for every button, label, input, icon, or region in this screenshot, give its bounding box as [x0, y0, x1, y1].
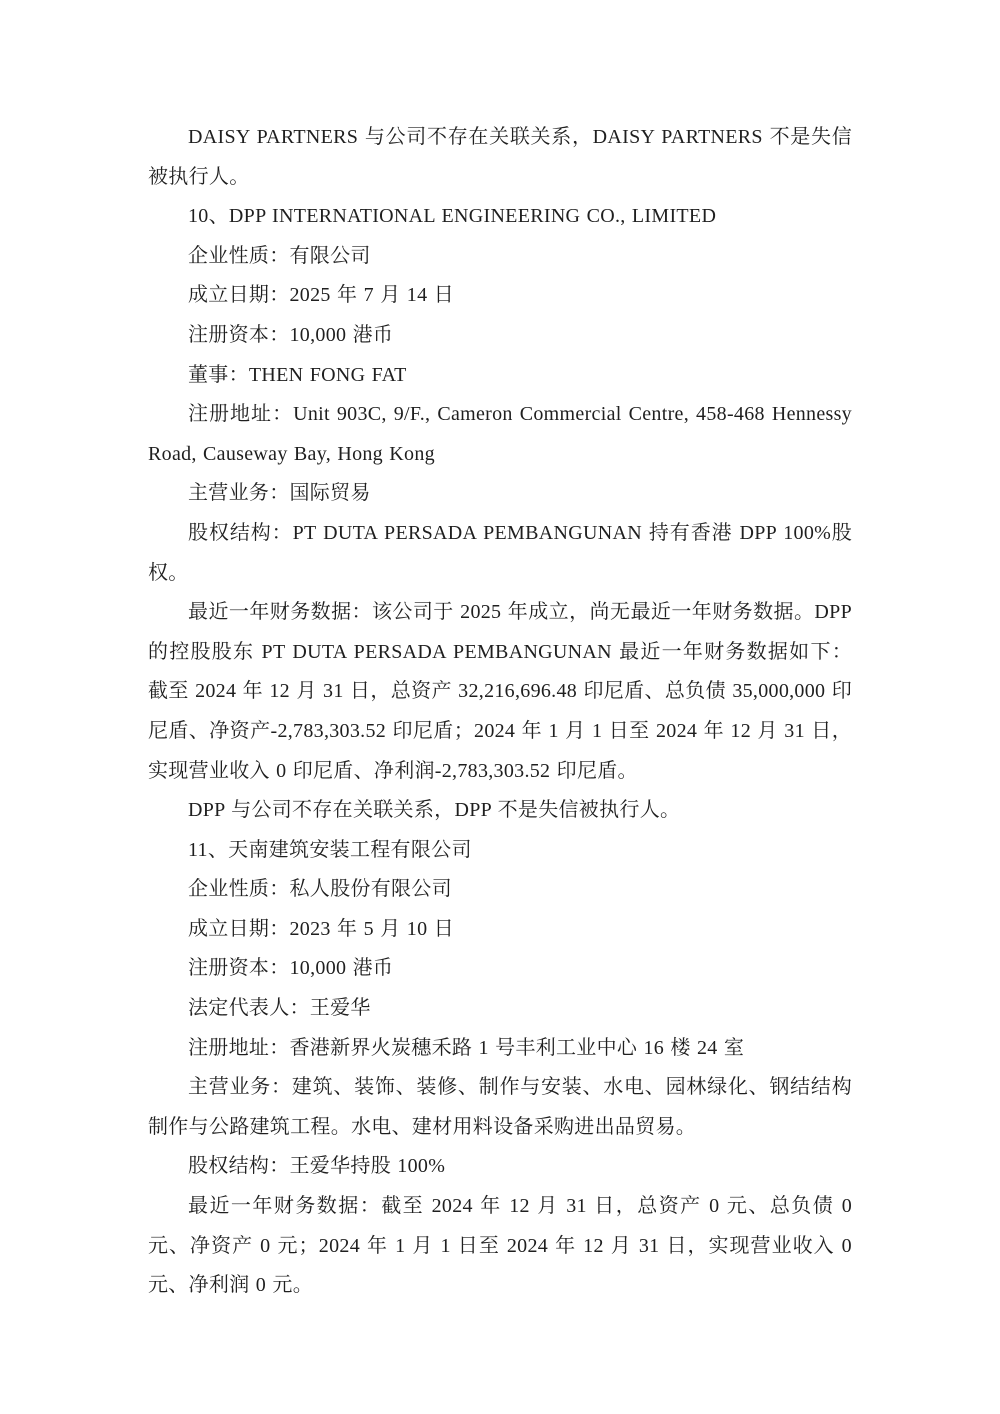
paragraph-tiannan-financial-data: 最近一年财务数据：截至 2024 年 12 月 31 日，总资产 0 元、总负债…	[148, 1187, 852, 1306]
paragraph-dpp-no-relation: DPP 与公司不存在关联关系，DPP 不是失信被执行人。	[148, 791, 852, 831]
field-dpp-establish-date: 成立日期：2025 年 7 月 14 日	[148, 276, 852, 316]
field-tiannan-registered-address: 注册地址：香港新界火炭穗禾路 1 号丰利工业中心 16 楼 24 室	[148, 1029, 852, 1069]
field-dpp-equity-structure: 股权结构：PT DUTA PERSADA PEMBANGUNAN 持有香港 DP…	[148, 514, 852, 593]
heading-item-10-dpp-company: 10、DPP INTERNATIONAL ENGINEERING CO., LI…	[148, 197, 852, 237]
field-tiannan-establish-date: 成立日期：2023 年 5 月 10 日	[148, 910, 852, 950]
field-dpp-director: 董事：THEN FONG FAT	[148, 356, 852, 396]
field-tiannan-main-business: 主营业务：建筑、装饰、装修、制作与安装、水电、园林绿化、钢结结构制作与公路建筑工…	[148, 1068, 852, 1147]
field-dpp-registered-address: 注册地址：Unit 903C, 9/F., Cameron Commercial…	[148, 395, 852, 474]
field-dpp-main-business: 主营业务：国际贸易	[148, 474, 852, 514]
field-tiannan-legal-representative: 法定代表人：王爱华	[148, 989, 852, 1029]
document-page: DAISY PARTNERS 与公司不存在关联关系，DAISY PARTNERS…	[0, 0, 1000, 1414]
field-tiannan-enterprise-nature: 企业性质：私人股份有限公司	[148, 870, 852, 910]
field-dpp-registered-capital: 注册资本：10,000 港币	[148, 316, 852, 356]
paragraph-daisy-no-relation: DAISY PARTNERS 与公司不存在关联关系，DAISY PARTNERS…	[148, 118, 852, 197]
paragraph-dpp-financial-data: 最近一年财务数据：该公司于 2025 年成立，尚无最近一年财务数据。DPP 的控…	[148, 593, 852, 791]
field-tiannan-registered-capital: 注册资本：10,000 港币	[148, 949, 852, 989]
heading-item-11-tiannan-company: 11、天南建筑安装工程有限公司	[148, 831, 852, 871]
field-dpp-enterprise-nature: 企业性质：有限公司	[148, 237, 852, 277]
field-tiannan-equity-structure: 股权结构：王爱华持股 100%	[148, 1147, 852, 1187]
